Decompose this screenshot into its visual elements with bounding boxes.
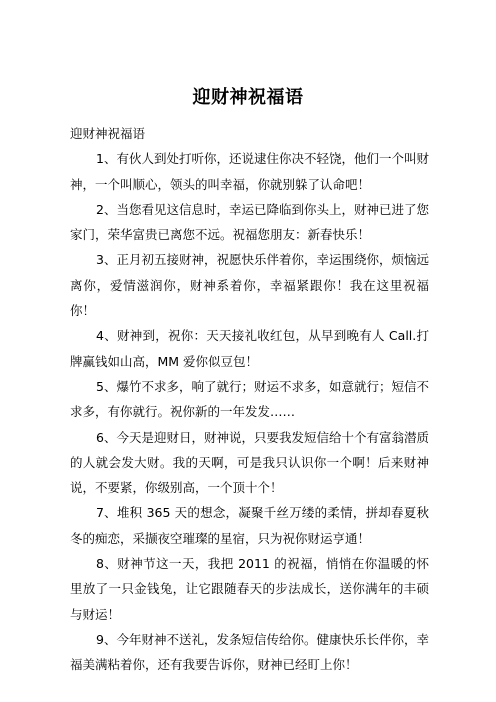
document-title: 迎财神祝福语 — [0, 86, 496, 110]
paragraph-6: 6、今天是迎财日，财神说，只要我发短信给十个有富翁潜质的人就会发大财。我的天啊，… — [70, 425, 429, 501]
paragraph-2: 2、当您看见这信息时，幸运已降临到你头上，财神已进了您家门，荣华富贵已离您不远。… — [70, 197, 429, 248]
document-page: 迎财神祝福语 迎财神祝福语 1、有伙人到处打听你，还说逮住你决不轻饶，他们一个叫… — [0, 0, 496, 702]
paragraph-7: 7、堆积 365 天的想念，凝聚千丝万缕的柔情，拼却春夏秋冬的痴恋，采撷夜空璀璨… — [70, 500, 429, 551]
paragraph-1: 1、有伙人到处打听你，还说逮住你决不轻饶，他们一个叫财神，一个叫顺心，领头的叫幸… — [70, 146, 429, 197]
paragraph-9: 9、今年财神不送礼，发条短信传给你。健康快乐长伴你，幸福美满粘着你，还有我要告诉… — [70, 627, 429, 678]
paragraph-4: 4、财神到，祝你：天天接礼收红包，从早到晚有人 Call.打牌赢钱如山高，MM … — [70, 323, 429, 374]
paragraph-8: 8、财神节这一天，我把 2011 的祝福，悄悄在你温暖的怀里放了一只金钱兔，让它… — [70, 551, 429, 627]
paragraph-3: 3、正月初五接财神，祝愿快乐伴着你，幸运围绕你，烦恼远离你，爱情滋润你，财神系着… — [70, 247, 429, 323]
document-subtitle: 迎财神祝福语 — [70, 121, 429, 146]
paragraph-5: 5、爆竹不求多，响了就行；财运不求多，如意就行；短信不求多，有你就行。祝你新的一… — [70, 374, 429, 425]
document-body: 迎财神祝福语 1、有伙人到处打听你，还说逮住你决不轻饶，他们一个叫财神，一个叫顺… — [70, 121, 429, 678]
